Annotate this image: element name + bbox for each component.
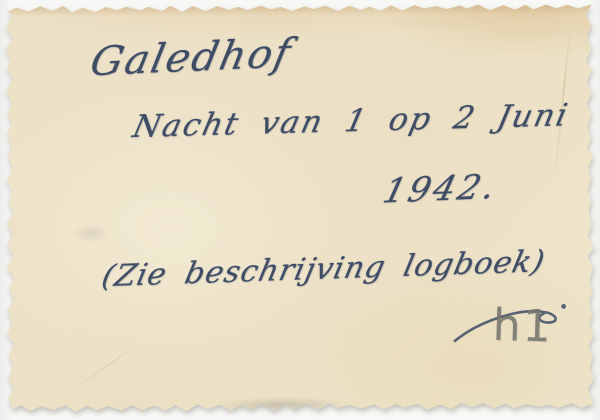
pencil-mark: h1 <box>492 300 553 353</box>
handwriting-line-title: Galedhof <box>86 30 296 85</box>
paper-shadow-wrap: Galedhof Nacht van 1 op 2 Juni 1942. (Zi… <box>0 0 600 420</box>
paper-smudge <box>66 220 116 246</box>
handwriting-line-date-text: Nacht van 1 op 2 Juni <box>130 97 573 145</box>
paper-crease <box>67 341 142 395</box>
handwriting-line-remark: (Zie beschrijving logboek) <box>99 244 549 294</box>
handwriting-line-year: 1942. <box>379 167 502 212</box>
photo-back-paper: Galedhof Nacht van 1 op 2 Juni 1942. (Zi… <box>5 2 595 413</box>
scan-background: Galedhof Nacht van 1 op 2 Juni 1942. (Zi… <box>0 0 600 420</box>
ink-dot <box>561 304 566 309</box>
paper-smudge <box>192 394 372 417</box>
